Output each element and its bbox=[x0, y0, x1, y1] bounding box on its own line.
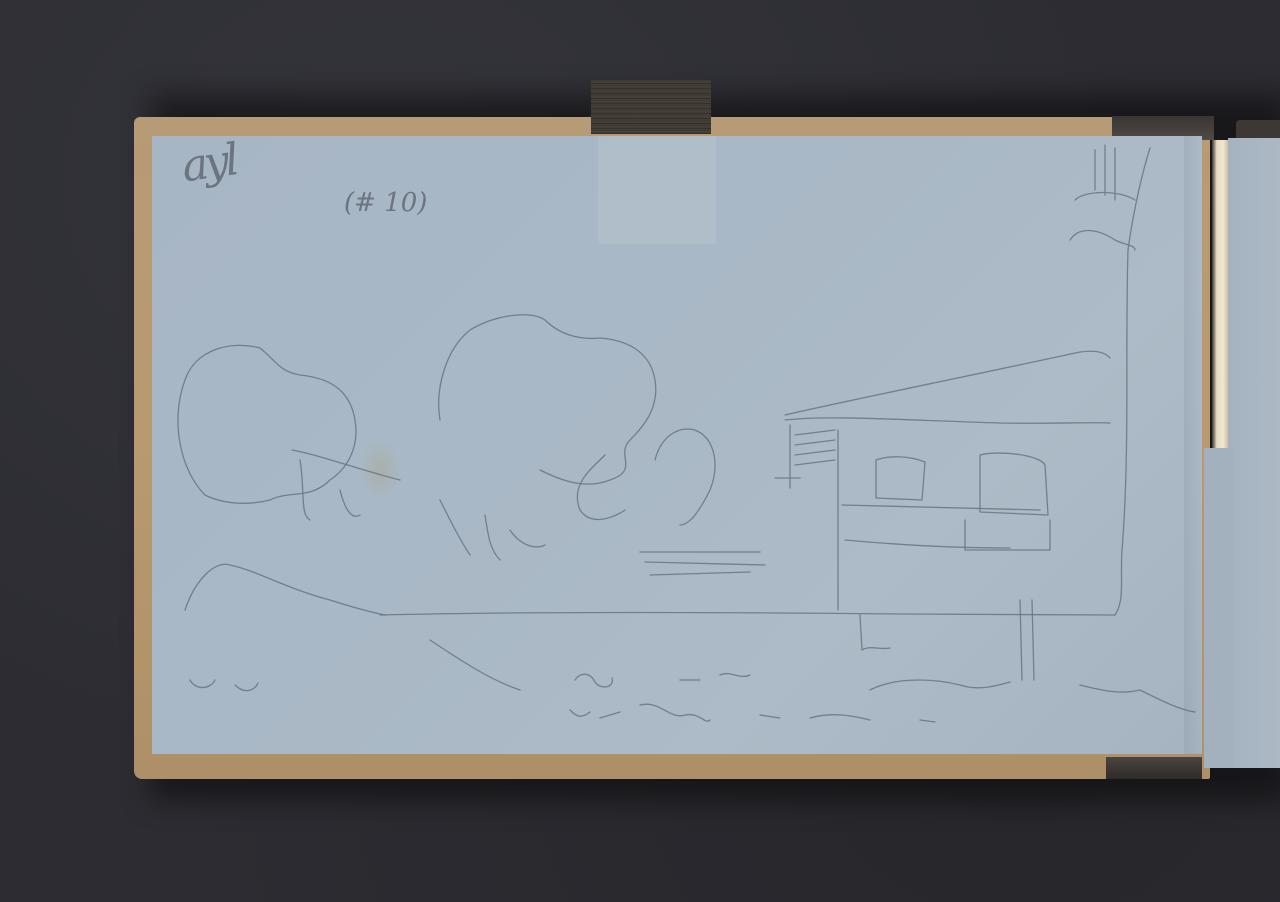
pencil-sketch bbox=[0, 0, 1280, 902]
tree-middle-trunk bbox=[440, 500, 545, 560]
eave-line bbox=[785, 418, 1110, 423]
wall-top-right bbox=[1128, 148, 1150, 250]
wall-right-edge bbox=[1115, 250, 1128, 615]
tree-left-outline bbox=[178, 345, 356, 503]
window-right bbox=[965, 453, 1050, 550]
tree-left-trunk bbox=[292, 450, 400, 520]
ground-line bbox=[380, 613, 1115, 615]
left-hill bbox=[185, 564, 385, 615]
tree-middle-outline bbox=[439, 315, 656, 484]
post-foreground bbox=[860, 600, 1034, 680]
window-left bbox=[876, 457, 925, 500]
tree-right-outline bbox=[577, 429, 715, 525]
column-top-right bbox=[1070, 145, 1135, 250]
water-lines bbox=[640, 552, 765, 575]
foreground-marks bbox=[190, 640, 1195, 712]
shed-hatching bbox=[775, 425, 835, 488]
roof-line bbox=[785, 351, 1110, 415]
foreground-marks-lower bbox=[570, 704, 935, 722]
building-wall bbox=[838, 430, 1040, 610]
